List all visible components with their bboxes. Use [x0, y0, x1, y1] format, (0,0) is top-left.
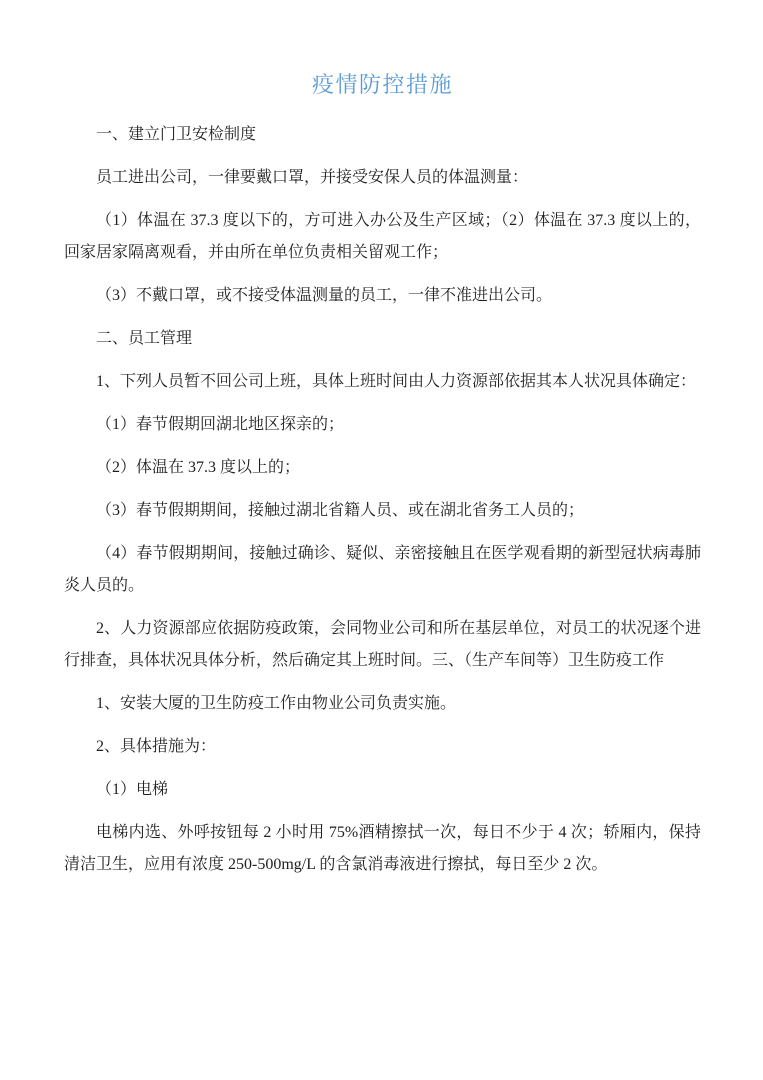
- paragraph: （2）体温在 37.3 度以上的；: [64, 452, 701, 484]
- paragraph: （1）电梯: [64, 774, 701, 806]
- paragraph: 2、具体措施为：: [64, 731, 701, 763]
- document-title: 疫情防控措施: [64, 66, 701, 104]
- paragraph: （4）春节假期期间，接触过确诊、疑似、亲密接触且在医学观看期的新型冠状病毒肺炎人…: [64, 538, 701, 602]
- paragraph: 2、人力资源部应依据防疫政策，会同物业公司和所在基层单位，对员工的状况逐个进行排…: [64, 613, 701, 677]
- paragraph: （1）春节假期回湖北地区探亲的；: [64, 409, 701, 441]
- paragraph-section-2-heading: 二、员工管理: [64, 323, 701, 355]
- paragraph: 1、安装大厦的卫生防疫工作由物业公司负责实施。: [64, 688, 701, 720]
- document-page: 疫情防控措施 一、建立门卫安检制度 员工进出公司，一律要戴口罩，并接受安保人员的…: [0, 0, 763, 1080]
- paragraph: （1）体温在 37.3 度以下的，方可进入办公及生产区域；（2）体温在 37.3…: [64, 205, 701, 269]
- paragraph-section-1-heading: 一、建立门卫安检制度: [64, 119, 701, 151]
- paragraph: （3）不戴口罩，或不接受体温测量的员工，一律不准进出公司。: [64, 280, 701, 312]
- document-viewport: { "document": { "title": { "text": "疫情防控…: [0, 0, 763, 1080]
- paragraph: 员工进出公司，一律要戴口罩，并接受安保人员的体温测量：: [64, 162, 701, 194]
- paragraph: 电梯内选、外呼按钮每 2 小时用 75%酒精擦拭一次，每日不少于 4 次；轿厢内…: [64, 817, 701, 881]
- paragraph: （3）春节假期期间，接触过湖北省籍人员、或在湖北省务工人员的；: [64, 495, 701, 527]
- paragraph: 1、下列人员暂不回公司上班，具体上班时间由人力资源部依据其本人状况具体确定：: [64, 366, 701, 398]
